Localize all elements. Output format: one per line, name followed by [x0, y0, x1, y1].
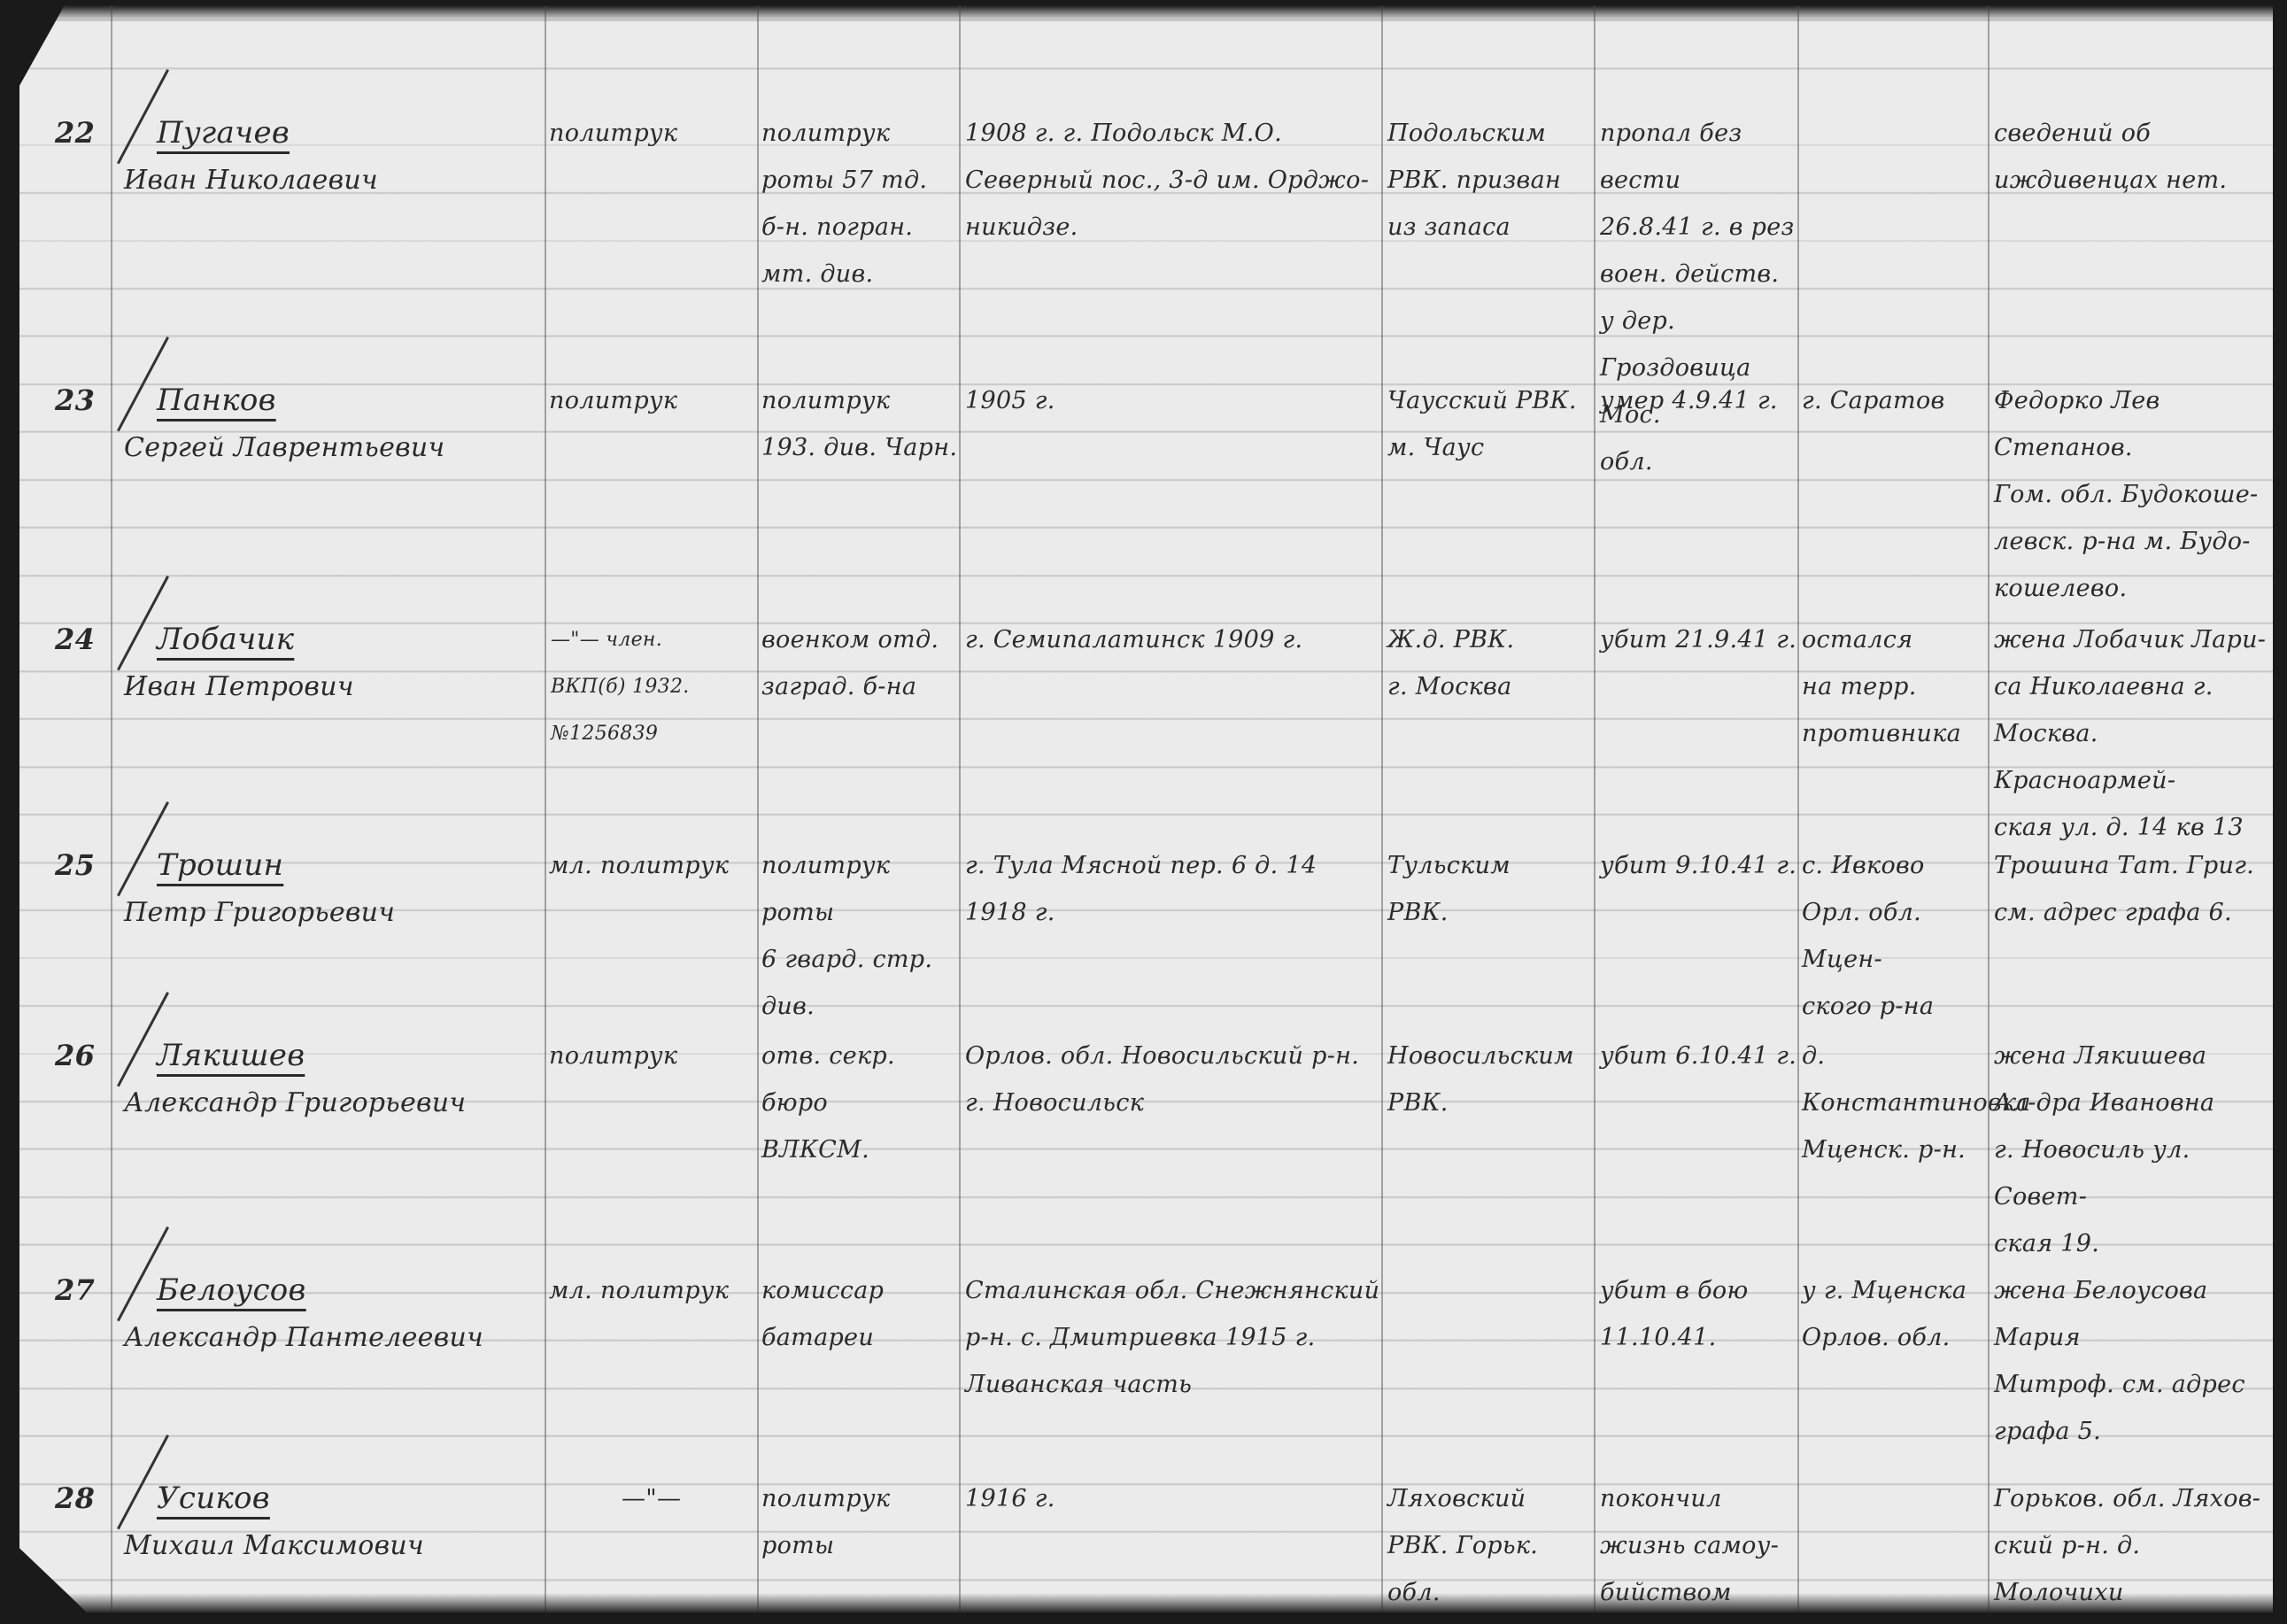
rank: политрук	[549, 110, 761, 157]
fate: убит 6.10.41 г.	[1600, 1032, 1799, 1079]
relatives: сведений об иждивенцах нет.	[1994, 110, 2273, 204]
surname: Усиков	[157, 1475, 529, 1522]
position: комиссар батареи	[761, 1267, 961, 1361]
record-number: 24	[55, 616, 117, 663]
burial-place: г. Саратов	[1802, 377, 1992, 424]
drafted-by: Подольским РВК. призван из запаса	[1387, 110, 1595, 251]
position: политрук роты	[761, 1475, 961, 1569]
record-number: 28	[55, 1475, 117, 1522]
fate: убит 21.9.41 г.	[1600, 616, 1799, 663]
relatives: жена Лобачик Лари- са Николаевна г. Моск…	[1994, 616, 2273, 851]
position: политрук роты 57 тд. б-н. погран. мт. ди…	[761, 110, 961, 298]
fate: убит в бою 11.10.41.	[1600, 1267, 1799, 1361]
first-name-patronymic: Александр Пантелеевич	[124, 1314, 540, 1361]
record-number: 25	[55, 842, 117, 889]
drafted-by: Чаусский РВК. м. Чаус	[1387, 377, 1595, 471]
burial-place: остался на терр. противника	[1802, 616, 1992, 757]
surname: Лобачик	[157, 616, 529, 663]
burial-place: с. Ивково Орл. обл. Мцен- ского р-на	[1802, 842, 1992, 1030]
surname: Белоусов	[157, 1267, 529, 1314]
column-divider	[757, 5, 759, 1612]
rank: —"— член. ВКП(б) 1932. №1256839	[551, 616, 763, 757]
relatives: жена Лякишева Ал-дра Ивановна г. Новосил…	[1994, 1032, 2273, 1267]
birth-info: г. Тула Мясной пер. 6 д. 14 1918 г.	[965, 842, 1381, 936]
fate: пропал без вести 26.8.41 г. в рез воен. …	[1600, 110, 1799, 485]
first-name-patronymic: Петр Григорьевич	[124, 889, 540, 936]
first-name-patronymic: Михаил Максимович	[124, 1522, 540, 1569]
surname: Панков	[157, 377, 529, 424]
fate: убит 9.10.41 г.	[1600, 842, 1799, 889]
surname: Лякишев	[157, 1032, 529, 1079]
torn-top-edge	[19, 5, 2273, 21]
position: политрук роты 6 гвард. стр. див.	[761, 842, 961, 1030]
rank: мл. политрук	[549, 1267, 761, 1314]
birth-info: 1908 г. г. Подольск М.О. Северный пос., …	[965, 110, 1381, 251]
column-divider	[1381, 5, 1383, 1612]
rank: мл. политрук	[549, 842, 761, 889]
torn-bottom-edge	[19, 1593, 2273, 1612]
first-name-patronymic: Сергей Лаврентьевич	[124, 424, 540, 471]
position: отв. секр. бюро ВЛКСМ.	[761, 1032, 961, 1173]
first-name-patronymic: Александр Григорьевич	[124, 1079, 540, 1126]
margin-line	[111, 5, 112, 1612]
burial-place: у г. Мценска Орлов. обл.	[1802, 1267, 1992, 1361]
register-page: 22 Пугачев Иван Николаевич политрук поли…	[19, 5, 2273, 1612]
rank: политрук	[549, 1032, 761, 1079]
record-number: 23	[55, 377, 117, 424]
relatives: жена Белоусова Мария Митроф. см. адрес г…	[1994, 1267, 2273, 1455]
record-number: 22	[55, 110, 117, 157]
position: политрук 193. див. Чарн.	[761, 377, 961, 471]
surname: Пугачев	[157, 110, 529, 157]
position: военком отд. заград. б-на	[761, 616, 961, 710]
first-name-patronymic: Иван Петрович	[124, 663, 540, 710]
relatives: Трошина Тат. Григ. см. адрес графа 6.	[1994, 842, 2273, 936]
record-number: 26	[55, 1032, 117, 1079]
birth-info: Орлов. обл. Новосильский р-н. г. Новосил…	[965, 1032, 1381, 1126]
birth-info: 1905 г.	[965, 377, 1381, 424]
column-divider	[1988, 5, 1990, 1612]
rank: политрук	[549, 377, 761, 424]
surname: Трошин	[157, 842, 529, 889]
first-name-patronymic: Иван Николаевич	[124, 157, 540, 204]
drafted-by: Ж.д. РВК. г. Москва	[1387, 616, 1595, 710]
birth-info: 1916 г.	[965, 1475, 1381, 1522]
drafted-by: Тульским РВК.	[1387, 842, 1595, 936]
birth-info: г. Семипалатинск 1909 г.	[965, 616, 1381, 663]
fate: умер 4.9.41 г.	[1600, 377, 1799, 424]
fate: покончил жизнь самоу- бийством	[1600, 1475, 1799, 1616]
relatives: Федорко Лев Степанов. Гом. обл. Будокоше…	[1994, 377, 2273, 612]
relatives: Горьков. обл. Ляхов- ский р-н. д. Молочи…	[1994, 1475, 2273, 1616]
record-number: 27	[55, 1267, 117, 1314]
drafted-by: Ляховский РВК. Горьк. обл.	[1387, 1475, 1595, 1616]
birth-info: Сталинская обл. Снежнянский р-н. с. Дмит…	[965, 1267, 1381, 1408]
burial-place: д. Константиновка Мценск. р-н.	[1802, 1032, 1992, 1173]
drafted-by: Новосильским РВК.	[1387, 1032, 1595, 1126]
column-divider	[545, 5, 546, 1612]
